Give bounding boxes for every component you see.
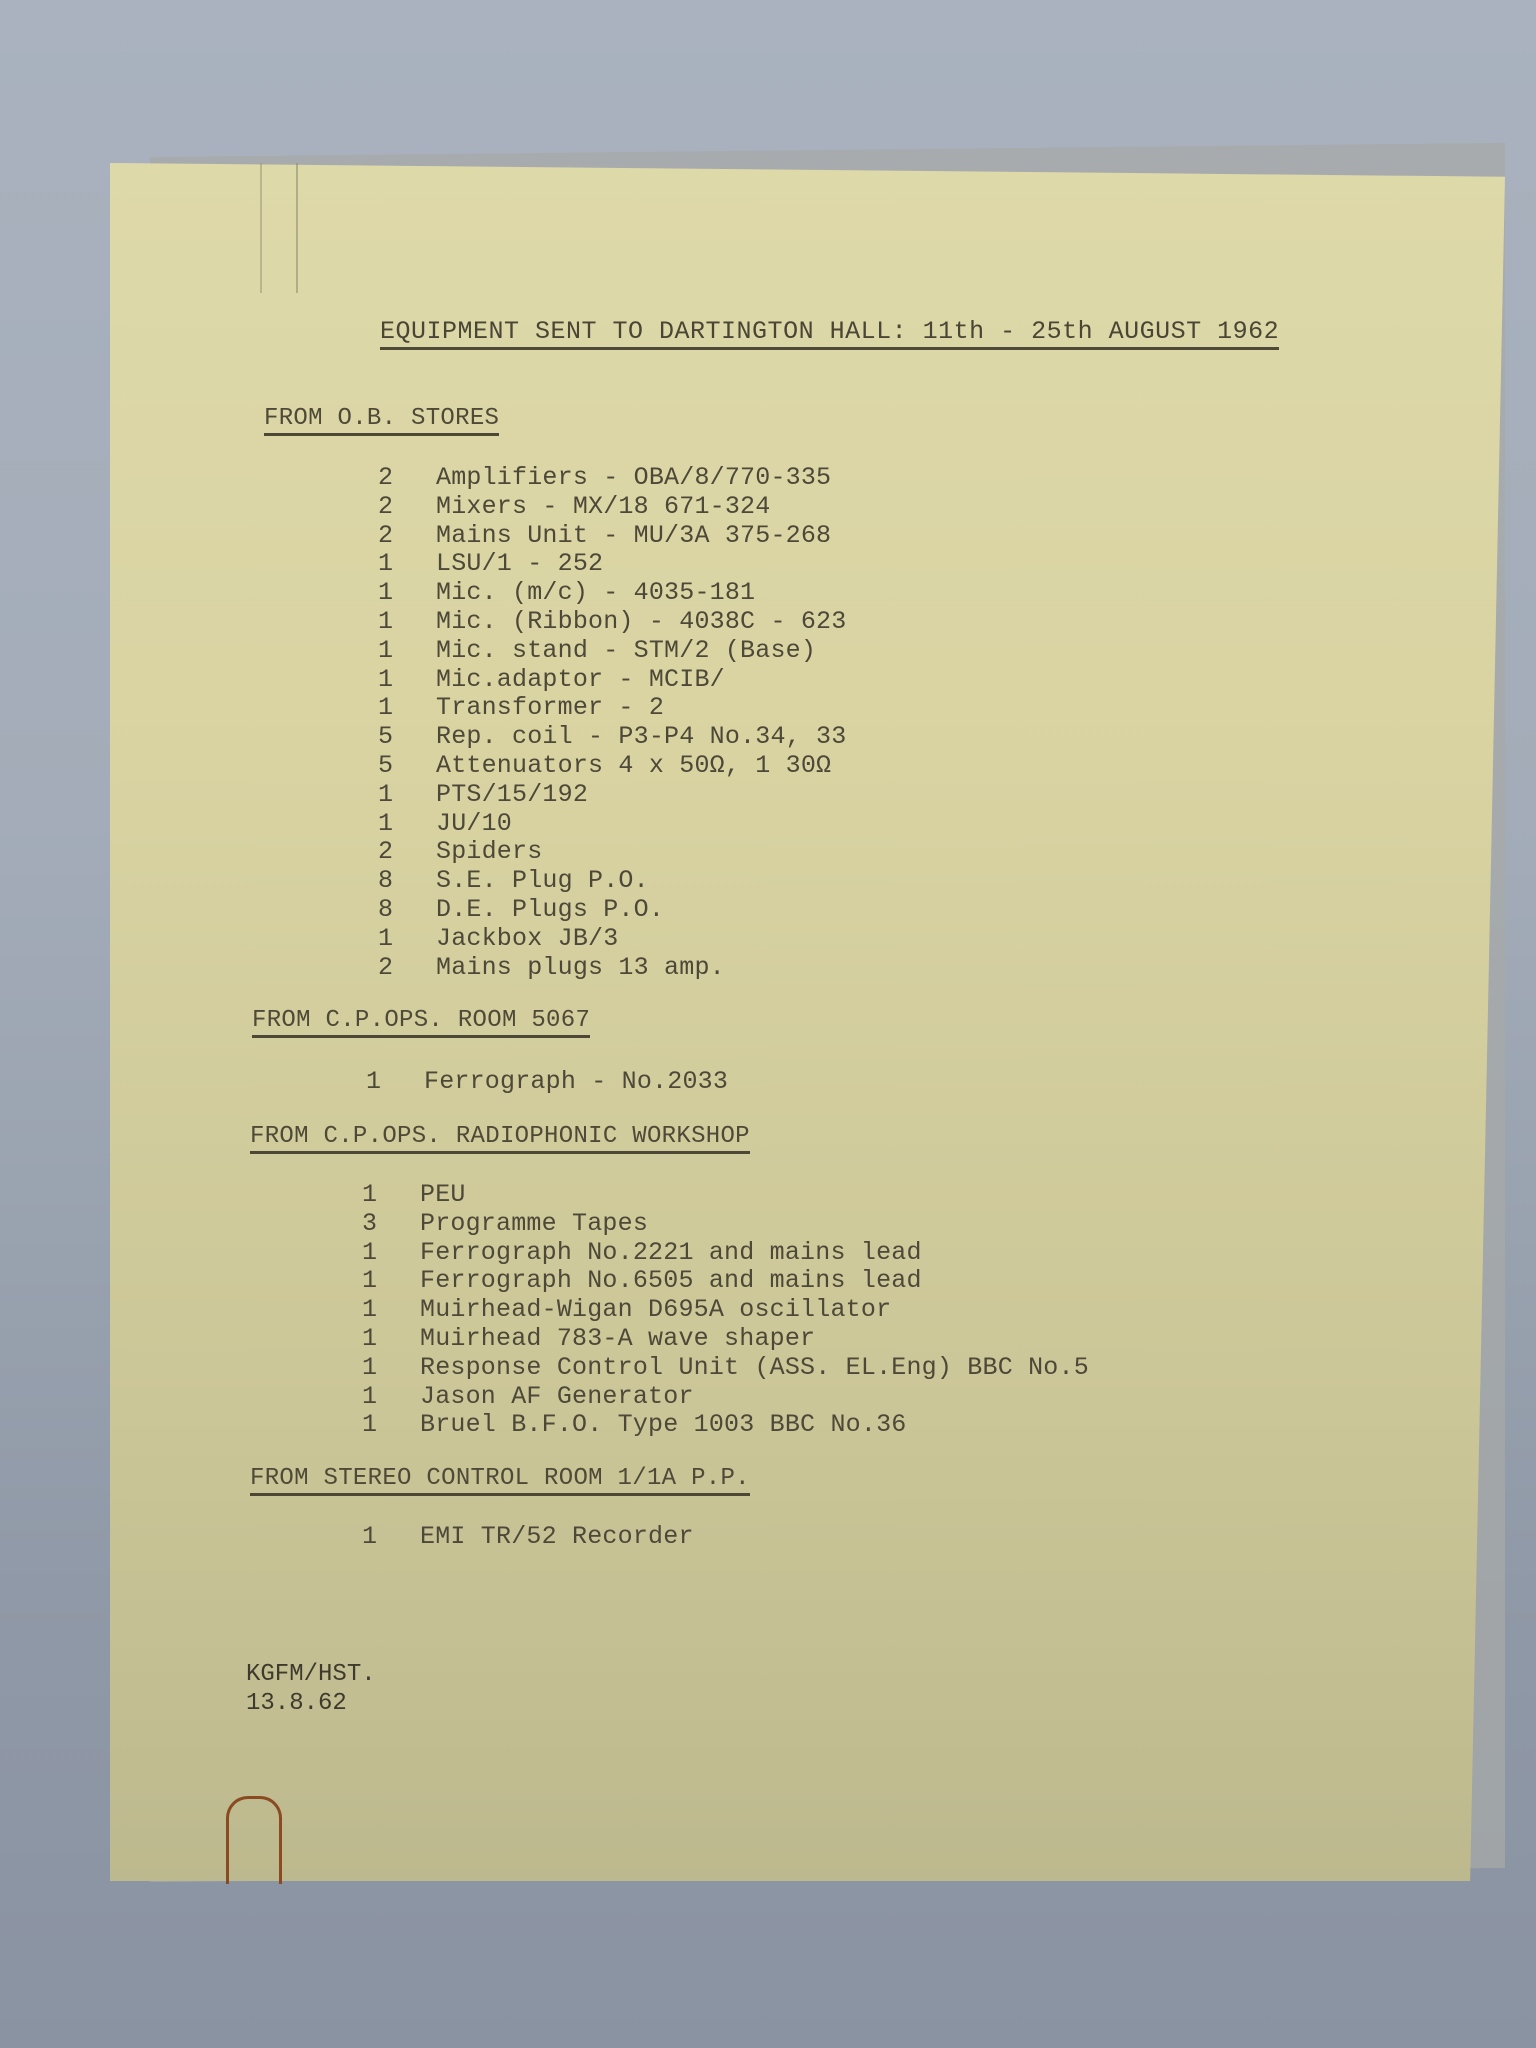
reference-block: KGFM/HST. 13.8.62 [246, 1660, 376, 1718]
list-item: 1Ferrograph No.2221 and mains lead [362, 1239, 1089, 1268]
item-quantity: 8 [378, 896, 436, 925]
item-list-ob-stores: 2Amplifiers - OBA/8/770-335 2Mixers - MX… [378, 464, 846, 982]
list-item: 2Spiders [378, 838, 846, 867]
list-item: 1EMI TR/52 Recorder [362, 1523, 694, 1552]
section-heading-stereo-control-room: FROM STEREO CONTROL ROOM 1/1A P.P. [250, 1466, 750, 1496]
list-item: 5Rep. coil - P3-P4 No.34, 33 [378, 723, 846, 752]
list-item: 5Attenuators 4 x 50Ω, 1 30Ω [378, 752, 846, 781]
item-description: Spiders [436, 838, 542, 867]
paper-fold-strip [260, 163, 298, 293]
list-item: 3Programme Tapes [362, 1210, 1089, 1239]
section-heading-ob-stores: FROM O.B. STORES [264, 406, 499, 436]
item-description: Mixers - MX/18 671-324 [436, 493, 770, 522]
item-quantity: 2 [378, 838, 436, 867]
list-item: 1Response Control Unit (ASS. EL.Eng) BBC… [362, 1354, 1089, 1383]
item-description: S.E. Plug P.O. [436, 867, 649, 896]
item-quantity: 5 [378, 723, 436, 752]
document-date: 13.8.62 [246, 1689, 376, 1718]
item-quantity: 1 [362, 1296, 420, 1325]
item-description: PTS/15/192 [436, 781, 588, 810]
item-description: Mic. (Ribbon) - 4038C - 623 [436, 608, 846, 637]
item-description: Programme Tapes [420, 1210, 648, 1239]
item-list-cp-ops-room: 1Ferrograph - No.2033 [366, 1068, 728, 1097]
item-description: Mic. (m/c) - 4035-181 [436, 579, 755, 608]
item-list-stereo-control-room: 1EMI TR/52 Recorder [362, 1523, 694, 1552]
item-quantity: 1 [378, 550, 436, 579]
item-quantity: 1 [378, 579, 436, 608]
list-item: 1Transformer - 2 [378, 694, 846, 723]
item-quantity: 1 [362, 1181, 420, 1210]
section-heading-radiophonic-workshop: FROM C.P.OPS. RADIOPHONIC WORKSHOP [250, 1124, 750, 1154]
list-item: 1Mic. stand - STM/2 (Base) [378, 637, 846, 666]
document-title: EQUIPMENT SENT TO DARTINGTON HALL: 11th … [380, 318, 1279, 350]
reference-initials: KGFM/HST. [246, 1660, 376, 1689]
list-item: 1Ferrograph - No.2033 [366, 1068, 728, 1097]
item-description: Jason AF Generator [420, 1383, 694, 1412]
list-item: 1Mic. (m/c) - 4035-181 [378, 579, 846, 608]
item-description: Bruel B.F.O. Type 1003 BBC No.36 [420, 1411, 906, 1440]
item-quantity: 1 [378, 694, 436, 723]
item-quantity: 1 [362, 1267, 420, 1296]
item-quantity: 5 [378, 752, 436, 781]
item-quantity: 2 [378, 954, 436, 983]
list-item: 1Mic.adaptor - MCIB/ [378, 666, 846, 695]
item-list-radiophonic-workshop: 1PEU 3Programme Tapes 1Ferrograph No.222… [362, 1181, 1089, 1440]
list-item: 1PTS/15/192 [378, 781, 846, 810]
item-quantity: 3 [362, 1210, 420, 1239]
list-item: 2Mixers - MX/18 671-324 [378, 493, 846, 522]
item-quantity: 1 [378, 781, 436, 810]
list-item: 1LSU/1 - 252 [378, 550, 846, 579]
item-description: Ferrograph No.6505 and mains lead [420, 1267, 922, 1296]
list-item: 1Muirhead 783-A wave shaper [362, 1325, 1089, 1354]
section-heading-cp-ops-room: FROM C.P.OPS. ROOM 5067 [252, 1008, 590, 1038]
item-quantity: 1 [362, 1411, 420, 1440]
item-quantity: 1 [378, 637, 436, 666]
item-description: Ferrograph - No.2033 [424, 1068, 728, 1097]
item-description: JU/10 [436, 810, 512, 839]
item-description: Response Control Unit (ASS. EL.Eng) BBC … [420, 1354, 1089, 1383]
list-item: 1PEU [362, 1181, 1089, 1210]
item-description: Attenuators 4 x 50Ω, 1 30Ω [436, 752, 831, 781]
item-description: Amplifiers - OBA/8/770-335 [436, 464, 831, 493]
item-description: Mains plugs 13 amp. [436, 954, 725, 983]
item-quantity: 2 [378, 522, 436, 551]
item-quantity: 1 [362, 1239, 420, 1268]
item-quantity: 1 [378, 925, 436, 954]
item-description: LSU/1 - 252 [436, 550, 603, 579]
item-description: Mic. stand - STM/2 (Base) [436, 637, 816, 666]
item-quantity: 2 [378, 464, 436, 493]
list-item: 1Jackbox JB/3 [378, 925, 846, 954]
item-quantity: 1 [366, 1068, 424, 1097]
list-item: 1Bruel B.F.O. Type 1003 BBC No.36 [362, 1411, 1089, 1440]
staple-icon [226, 1796, 282, 1884]
item-quantity: 2 [378, 493, 436, 522]
list-item: 1JU/10 [378, 810, 846, 839]
list-item: 8S.E. Plug P.O. [378, 867, 846, 896]
item-description: Muirhead-Wigan D695A oscillator [420, 1296, 891, 1325]
item-description: Transformer - 2 [436, 694, 664, 723]
item-quantity: 1 [378, 810, 436, 839]
item-description: Mic.adaptor - MCIB/ [436, 666, 725, 695]
list-item: 8D.E. Plugs P.O. [378, 896, 846, 925]
item-quantity: 8 [378, 867, 436, 896]
item-description: PEU [420, 1181, 466, 1210]
item-description: Ferrograph No.2221 and mains lead [420, 1239, 922, 1268]
item-description: Mains Unit - MU/3A 375-268 [436, 522, 831, 551]
item-description: Muirhead 783-A wave shaper [420, 1325, 815, 1354]
item-description: EMI TR/52 Recorder [420, 1523, 694, 1552]
item-quantity: 1 [362, 1354, 420, 1383]
list-item: 1Ferrograph No.6505 and mains lead [362, 1267, 1089, 1296]
item-description: Jackbox JB/3 [436, 925, 618, 954]
item-description: Rep. coil - P3-P4 No.34, 33 [436, 723, 846, 752]
list-item: 2Amplifiers - OBA/8/770-335 [378, 464, 846, 493]
item-quantity: 1 [378, 608, 436, 637]
list-item: 1Jason AF Generator [362, 1383, 1089, 1412]
item-quantity: 1 [362, 1523, 420, 1552]
list-item: 2Mains Unit - MU/3A 375-268 [378, 522, 846, 551]
list-item: 1Muirhead-Wigan D695A oscillator [362, 1296, 1089, 1325]
item-quantity: 1 [362, 1325, 420, 1354]
item-quantity: 1 [378, 666, 436, 695]
item-description: D.E. Plugs P.O. [436, 896, 664, 925]
list-item: 1Mic. (Ribbon) - 4038C - 623 [378, 608, 846, 637]
list-item: 2Mains plugs 13 amp. [378, 954, 846, 983]
item-quantity: 1 [362, 1383, 420, 1412]
